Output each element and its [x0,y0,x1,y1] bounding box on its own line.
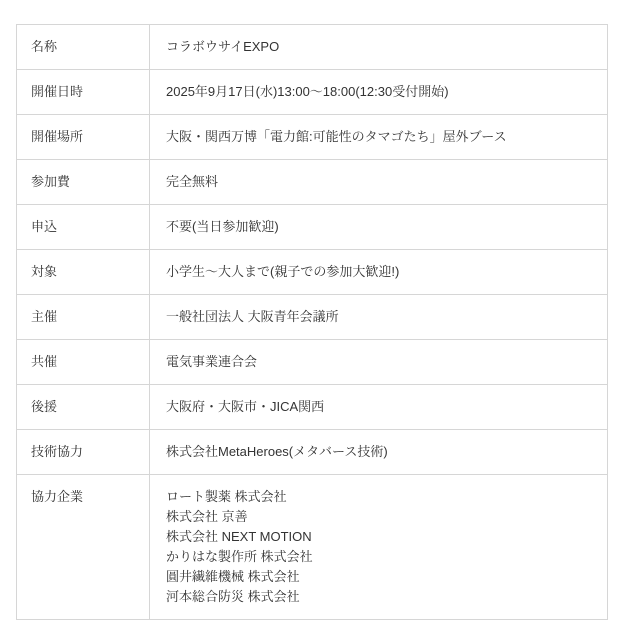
table-row-organizer: 主催 一般社団法人 大阪青年会議所 [17,295,608,340]
table-row-name: 名称 コラボウサイEXPO [17,25,608,70]
page: 名称 コラボウサイEXPO 開催日時 2025年9月17日(水)13:00〜18… [0,0,640,624]
table-row-fee: 参加費 完全無料 [17,160,608,205]
row-value: 不要(当日参加歓迎) [150,205,608,250]
table-row-tech-cooperation: 技術協力 株式会社MetaHeroes(メタバース技術) [17,430,608,475]
row-label: 開催日時 [17,70,150,115]
row-label: 主催 [17,295,150,340]
row-value: 大阪・関西万博「電力館:可能性のタマゴたち」屋外ブース [150,115,608,160]
table-row-support: 後援 大阪府・大阪市・JICA関西 [17,385,608,430]
row-label: 共催 [17,340,150,385]
row-value: 大阪府・大阪市・JICA関西 [150,385,608,430]
table-row-audience: 対象 小学生〜大人まで(親子での参加大歓迎!) [17,250,608,295]
table-row-partner-companies: 協力企業 ロート製薬 株式会社 株式会社 京善 株式会社 NEXT MOTION… [17,475,608,620]
row-label: 参加費 [17,160,150,205]
row-value: ロート製薬 株式会社 株式会社 京善 株式会社 NEXT MOTION かりはな… [150,475,608,620]
table-row-datetime: 開催日時 2025年9月17日(水)13:00〜18:00(12:30受付開始) [17,70,608,115]
table-row-application: 申込 不要(当日参加歓迎) [17,205,608,250]
row-label: 後援 [17,385,150,430]
row-label: 申込 [17,205,150,250]
row-value: 電気事業連合会 [150,340,608,385]
row-label: 協力企業 [17,475,150,620]
row-value: 2025年9月17日(水)13:00〜18:00(12:30受付開始) [150,70,608,115]
table-row-coorganizer: 共催 電気事業連合会 [17,340,608,385]
row-value: 完全無料 [150,160,608,205]
row-value: 小学生〜大人まで(親子での参加大歓迎!) [150,250,608,295]
table-row-venue: 開催場所 大阪・関西万博「電力館:可能性のタマゴたち」屋外ブース [17,115,608,160]
row-value: コラボウサイEXPO [150,25,608,70]
row-value: 株式会社MetaHeroes(メタバース技術) [150,430,608,475]
row-label: 開催場所 [17,115,150,160]
event-info-table: 名称 コラボウサイEXPO 開催日時 2025年9月17日(水)13:00〜18… [16,24,608,620]
row-label: 技術協力 [17,430,150,475]
row-value: 一般社団法人 大阪青年会議所 [150,295,608,340]
row-label: 名称 [17,25,150,70]
row-label: 対象 [17,250,150,295]
